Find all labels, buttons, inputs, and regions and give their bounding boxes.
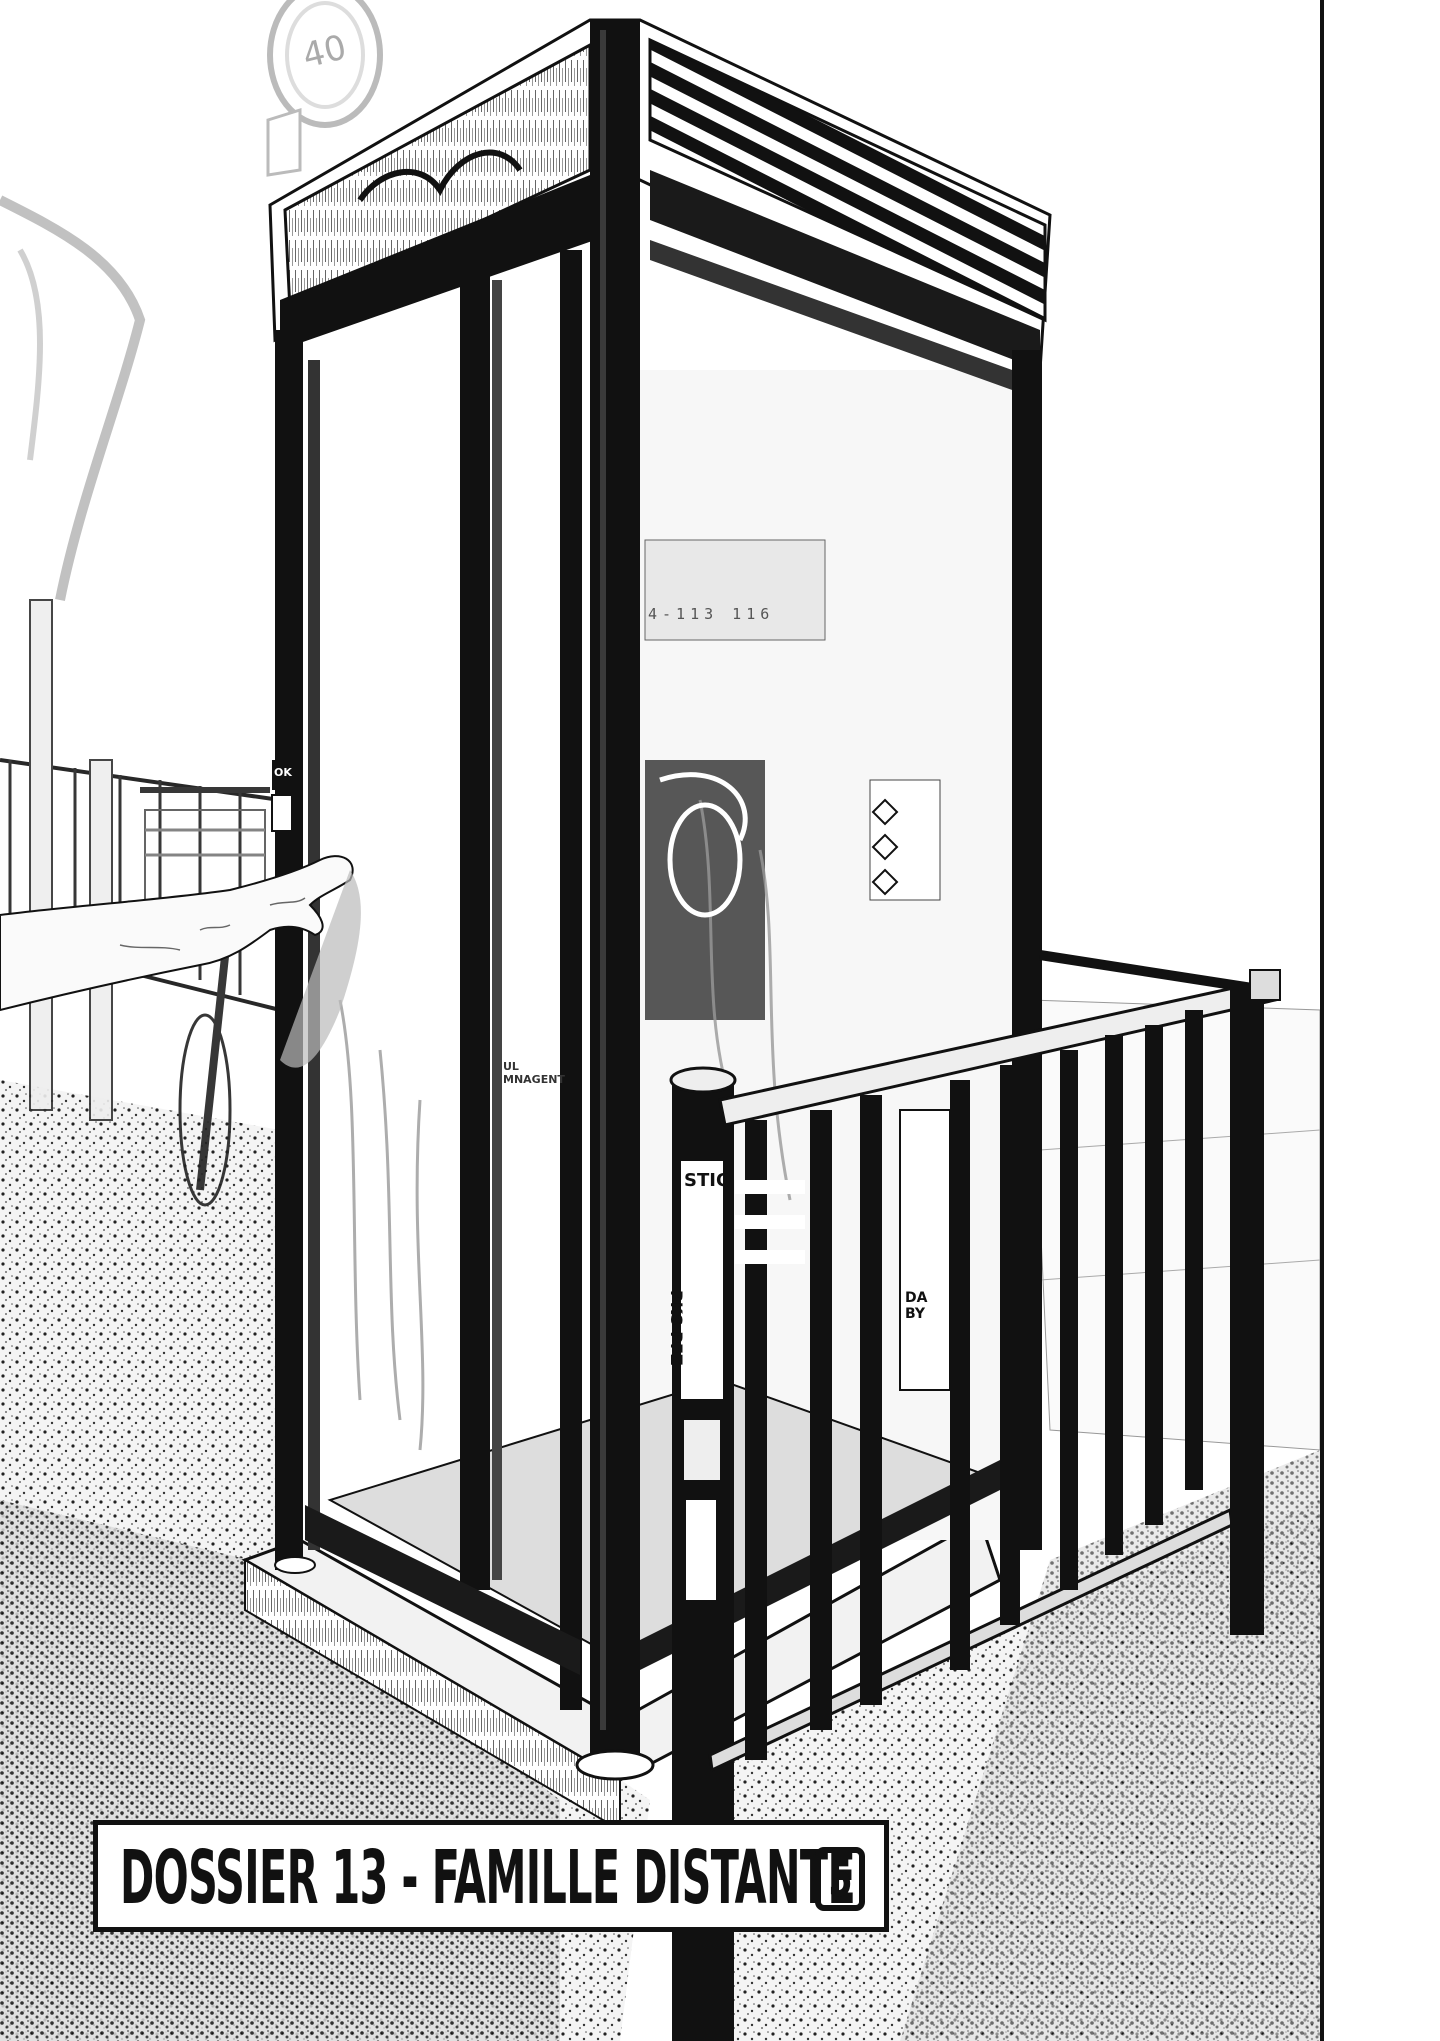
railing-sign-text: DA BY (905, 1290, 945, 1322)
manga-page: 40 4-113 116 STIQ PKS PFZ UL MNAGENT DA … (0, 0, 1440, 2041)
chapter-title-banner: DOSSIER 13 - FAMILLE DISTANTE 5 (93, 1820, 889, 1932)
chapter-title: DOSSIER 13 - FAMILLE DISTANTE (120, 1833, 855, 1923)
page-border-right (1320, 0, 1324, 2041)
background-left (0, 200, 280, 1205)
booth-small-label: OK (274, 766, 292, 779)
pole-sticker-bottom: PKS PFZ (667, 1290, 686, 1400)
scene-illustration (0, 0, 1440, 2041)
glass-sticker: UL MNAGENT (503, 1060, 563, 1086)
booth-phone-number: 4-113 116 (648, 605, 774, 623)
phone-booth (245, 20, 1050, 1830)
speed-limit-sign (268, 0, 380, 175)
pole-sticker-top: STIQ (684, 1170, 731, 1191)
reaching-hand (0, 856, 361, 1068)
chapter-part-number: 5 (828, 1854, 852, 1904)
chapter-part-badge: 5 (815, 1847, 865, 1911)
